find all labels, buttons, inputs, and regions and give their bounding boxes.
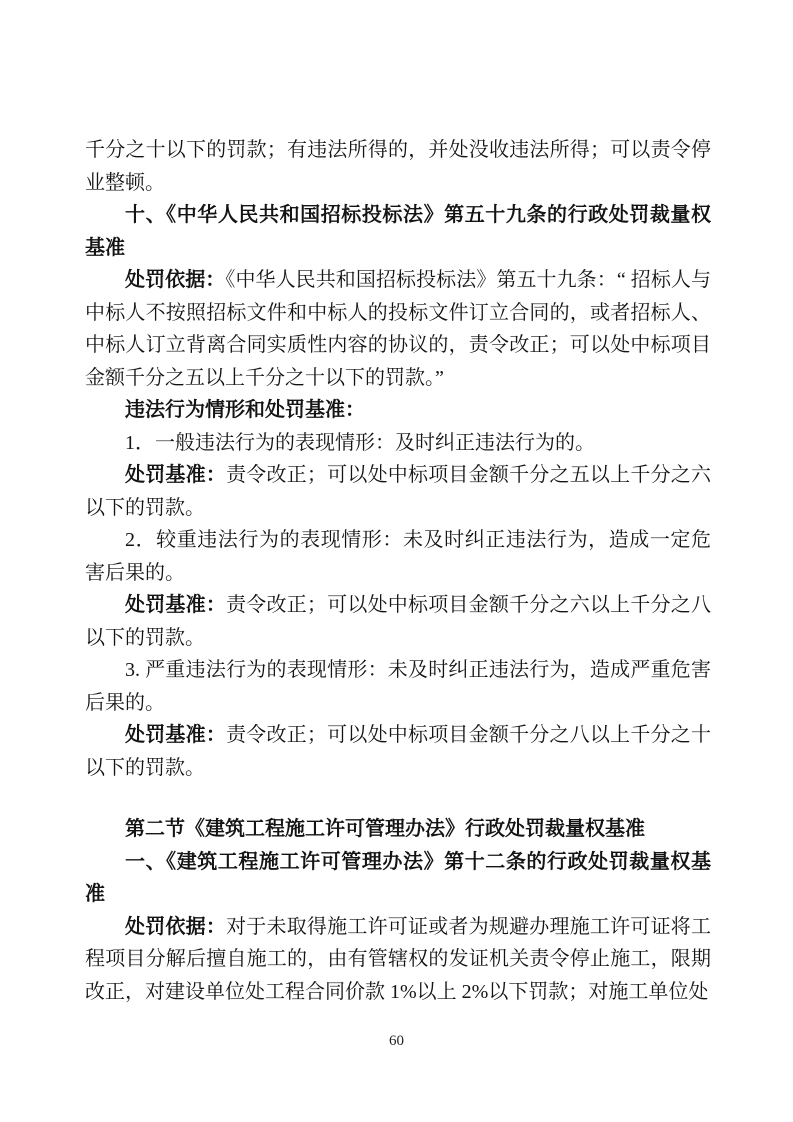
penalty-standard-label: 处罚基准： <box>125 594 226 616</box>
paragraph-penalty-1: 处罚基准：责令改正；可以处中标项目金额千分之五以上千分之六以下的罚款。 <box>85 459 711 524</box>
document-content: 千分之十以下的罚款；有违法所得的，并处没收违法所得；可以责令停业整顿。 十、《中… <box>85 134 711 1008</box>
paragraph-penalty-2: 处罚基准：责令改正；可以处中标项目金额千分之六以上千分之八以下的罚款。 <box>85 589 711 654</box>
paragraph-penalty-3: 处罚基准：责令改正；可以处中标项目金额千分之八以上千分之十以下的罚款。 <box>85 719 711 784</box>
page-number: 60 <box>0 1033 793 1050</box>
penalty-standard-label: 处罚基准： <box>125 464 226 486</box>
penalty-standard-label: 处罚基准： <box>125 724 226 746</box>
heading-section-2: 第二节《建筑工程施工许可管理办法》行政处罚裁量权基准 <box>85 813 711 846</box>
paragraph-violation-2: 2．较重违法行为的表现情形：未及时纠正违法行为，造成一定危害后果的。 <box>85 524 711 589</box>
paragraph-continuation: 千分之十以下的罚款；有违法所得的，并处没收违法所得；可以责令停业整顿。 <box>85 134 711 199</box>
penalty-basis-label: 处罚依据： <box>125 269 225 291</box>
heading-violation-penalty-basis: 违法行为情形和处罚基准： <box>85 394 711 427</box>
penalty-basis-label: 处罚依据： <box>125 916 226 938</box>
paragraph-penalty-basis-12: 处罚依据：对于未取得施工许可证或者为规避办理施工许可证将工程项目分解后擅自施工的… <box>85 911 711 1009</box>
heading-item-10: 十、《中华人民共和国招标投标法》第五十九条的行政处罚裁量权基准 <box>85 199 711 264</box>
heading-section2-item-1: 一、《建筑工程施工许可管理办法》第十二条的行政处罚裁量权基准 <box>85 846 711 911</box>
document-page: 千分之十以下的罚款；有违法所得的，并处没收违法所得；可以责令停业整顿。 十、《中… <box>0 0 793 1122</box>
paragraph-violation-1: 1．一般违法行为的表现情形：及时纠正违法行为的。 <box>85 427 711 460</box>
paragraph-penalty-basis-59: 处罚依据：《中华人民共和国招标投标法》第五十九条：“ 招标人与中标人不按照招标文… <box>85 264 711 394</box>
paragraph-violation-3: 3. 严重违法行为的表现情形：未及时纠正违法行为，造成严重危害后果的。 <box>85 654 711 719</box>
